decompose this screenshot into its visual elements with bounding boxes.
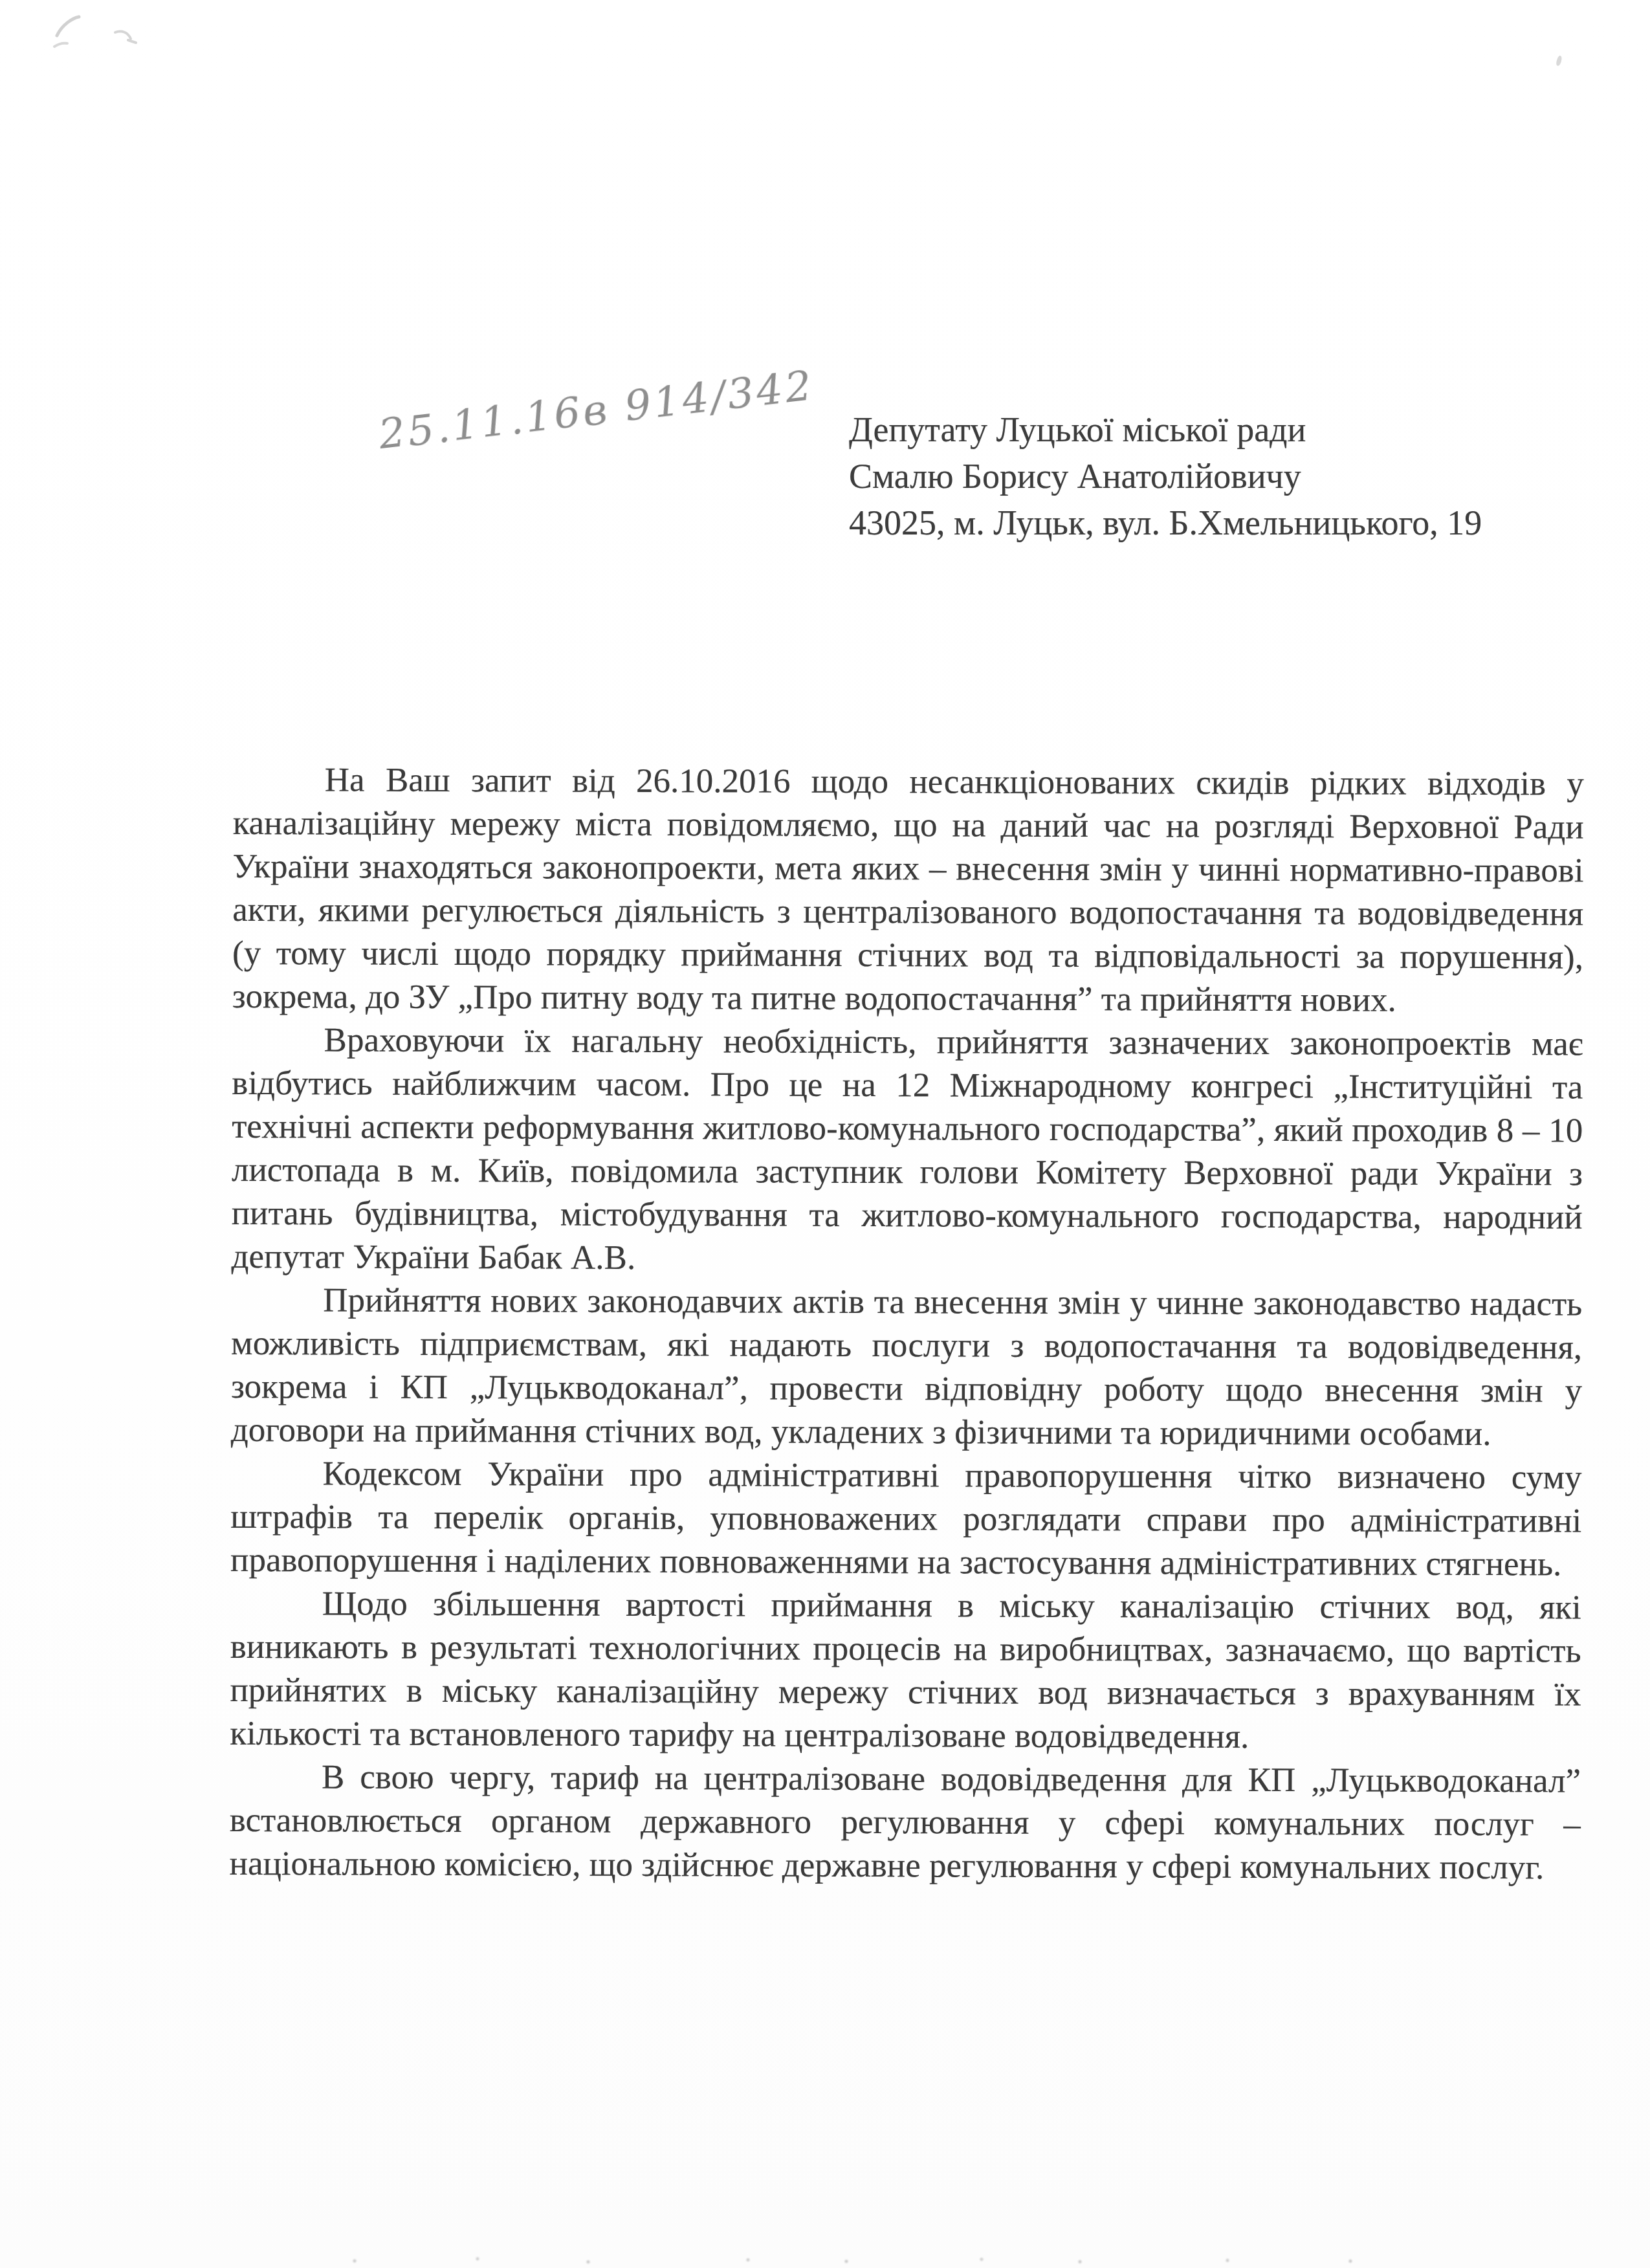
body-paragraph-3: Прийняття нових законодавчих актів та вн…: [231, 1279, 1583, 1457]
body-paragraph-6: В свою чергу, тариф на централізоване во…: [230, 1756, 1581, 1890]
recipient-address-block: Депутату Луцької міської ради Смалю Бори…: [849, 406, 1482, 546]
page-bottom-scan-noise: [207, 2256, 1436, 2266]
recipient-address-line: 43025, м. Луцьк, вул. Б.Хмельницького, 1…: [849, 500, 1482, 546]
handwritten-registration-note: 25.11.16в 914/342: [377, 362, 817, 459]
recipient-title-line: Депутату Луцької міської ради: [849, 406, 1482, 453]
letter-body: На Ваш запит від 26.10.2016 щодо несанкц…: [230, 758, 1584, 1890]
body-paragraph-2: Враховуючи їх нагальну необхідність, при…: [231, 1018, 1583, 1283]
scanned-letter-page: 25.11.16в 914/342 Депутату Луцької міськ…: [0, 0, 1650, 2268]
scan-speck: [1556, 55, 1563, 66]
pencil-mark-icon: [39, 6, 168, 84]
body-paragraph-4: Кодексом України про адміністративні пра…: [230, 1452, 1582, 1587]
body-paragraph-5: Щодо збільшення вартості приймання в міс…: [230, 1582, 1581, 1760]
body-paragraph-1: На Ваш запит від 26.10.2016 щодо несанкц…: [232, 758, 1584, 1023]
recipient-name-line: Смалю Борису Анатолійовичу: [849, 453, 1482, 500]
